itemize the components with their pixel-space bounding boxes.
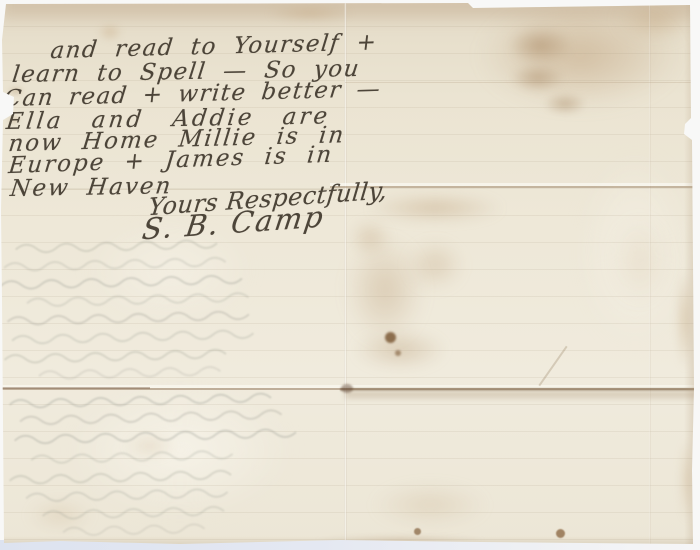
letter-scan: and read to Yourself + learn to Spell — … [0,0,700,550]
right-edge-shading [684,0,694,550]
fold-crease-horizontal-2-left-dark [0,387,150,389]
fold-crease-faint-upper [345,82,700,83]
fold-junction-mark [341,384,353,393]
fold-crease-horizontal-2-shadow [345,391,700,398]
paper-sheet: and read to Yourself + learn to Spell — … [0,0,700,550]
